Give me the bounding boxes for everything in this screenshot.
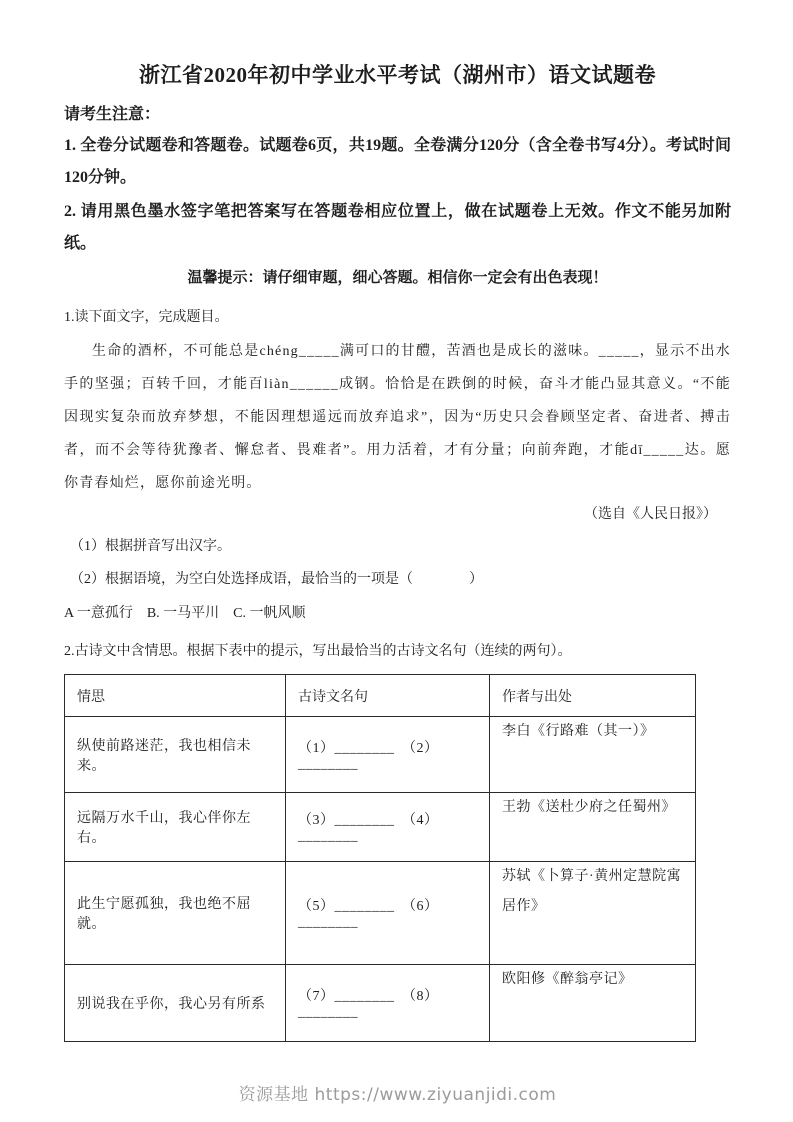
notice-item-1: 1. 全卷分试题卷和答题卷。试题卷6页，共19题。全卷满分120分（含全卷书写4… (64, 130, 731, 194)
notice-heading: 请考生注意： (64, 100, 731, 130)
feeling-cell: 远隔万水千山，我心伴你左右。 (65, 793, 286, 862)
source-cell: 王勃《送杜少府之任蜀州》 (490, 793, 696, 862)
feeling-cell: 纵使前路迷茫，我也相信未来。 (65, 717, 286, 793)
question1-sub1: （1）根据拼音写出汉字。 (70, 530, 731, 563)
question1-options: A 一意孤行 B. 一马平川 C. 一帆风顺 (64, 599, 731, 629)
question1-passage: 生命的酒杯，不可能总是chéng_____满可口的甘醴，苦酒也是成长的滋味。__… (64, 335, 731, 500)
table-row: 别说我在乎你，我心另有所系 （7）________ （8）________ 欧阳… (65, 965, 696, 1042)
passage-source: （选自《人民日报》） (64, 500, 717, 530)
table-header-author: 作者与出处 (490, 675, 696, 717)
table-row: 此生宁愿孤独，我也绝不屈就。 （5）________ （6）________ 苏… (65, 862, 696, 965)
source-cell: 苏轼《卜算子·黄州定慧院寓居作》 (490, 862, 696, 965)
feeling-cell: 别说我在乎你，我心另有所系 (65, 965, 286, 1042)
tip-line: 温馨提示：请仔细审题，细心答题。相信你一定会有出色表现！ (64, 263, 731, 293)
footer-watermark: 资源基地 https://www.ziyuanjidi.com (64, 1080, 731, 1105)
question2-stem: 2.古诗文中含情思。根据下表中的提示，写出最恰当的古诗文名句（连续的两句）。 (64, 639, 731, 665)
page-title: 浙江省2020年初中学业水平考试（湖州市）语文试题卷 (64, 62, 731, 88)
blanks-cell: （5）________ （6）________ (286, 862, 490, 965)
question1-stem: 1.读下面文字，完成题目。 (64, 305, 731, 331)
blanks-cell: （1）________ （2）________ (286, 717, 490, 793)
table-header-row: 情思 古诗文名句 作者与出处 (65, 675, 696, 717)
blanks-cell: （3）________ （4）________ (286, 793, 490, 862)
blanks-cell: （7）________ （8）________ (286, 965, 490, 1042)
table-row: 远隔万水千山，我心伴你左右。 （3）________ （4）________ 王… (65, 793, 696, 862)
poetry-table: 情思 古诗文名句 作者与出处 纵使前路迷茫，我也相信未来。 （1）_______… (64, 674, 696, 1042)
source-cell: 李白《行路难（其一）》 (490, 717, 696, 793)
table-header-feeling: 情思 (65, 675, 286, 717)
notice-item-2: 2. 请用黑色墨水签字笔把答案写在答题卷相应位置上，做在试题卷上无效。作文不能另… (64, 196, 731, 260)
table-header-quote: 古诗文名句 (286, 675, 490, 717)
feeling-cell: 此生宁愿孤独，我也绝不屈就。 (65, 862, 286, 965)
source-cell: 欧阳修《醉翁亭记》 (490, 965, 696, 1042)
question1-sub2: （2）根据语境，为空白处选择成语，最恰当的一项是（ ） (70, 563, 731, 596)
exam-paper-page: 浙江省2020年初中学业水平考试（湖州市）语文试题卷 请考生注意： 1. 全卷分… (0, 0, 793, 1122)
table-row: 纵使前路迷茫，我也相信未来。 （1）________ （2）________ 李… (65, 717, 696, 793)
